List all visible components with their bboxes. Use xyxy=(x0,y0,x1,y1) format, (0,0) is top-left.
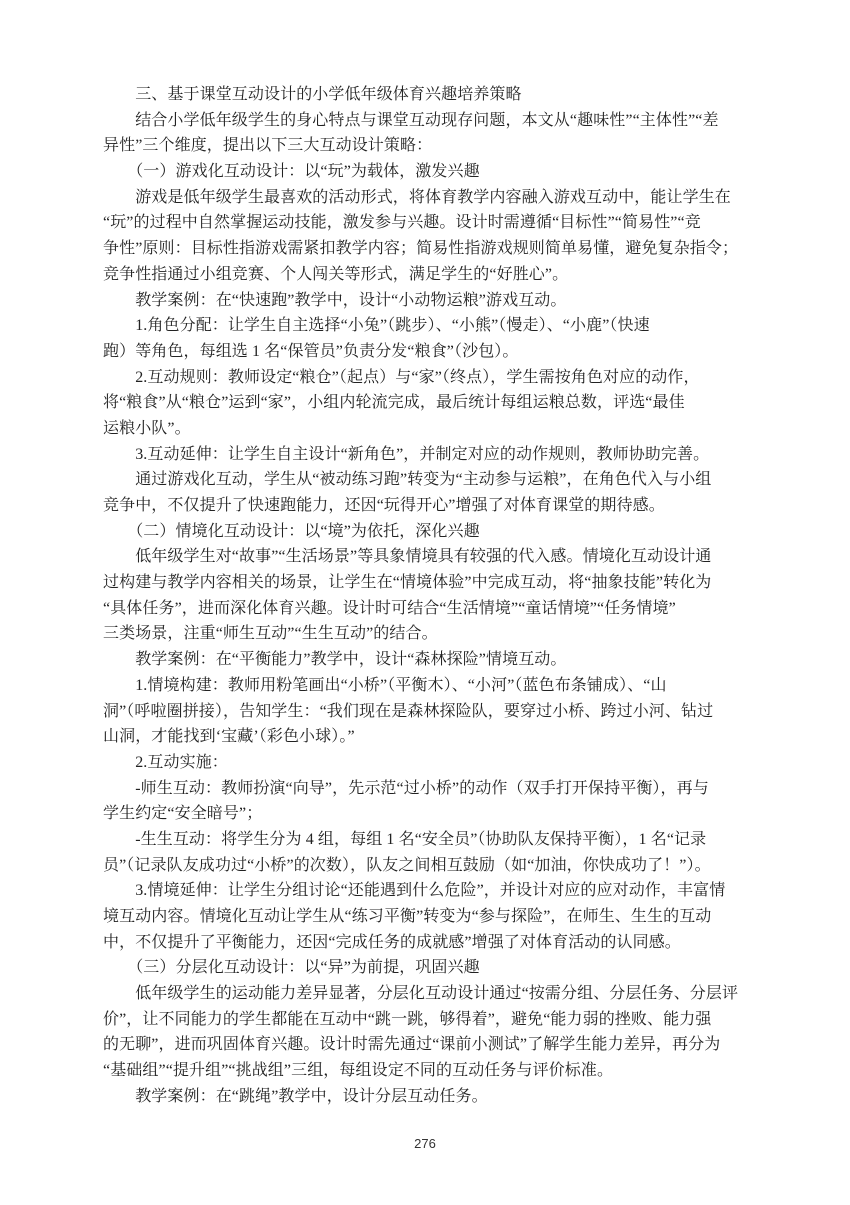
text-line: 异性”三个维度，提出以下三大互动设计策略： xyxy=(103,133,751,159)
text-line: -师生互动：教师扮演“向导”，先示范“过小桥”的动作（双手打开保持平衡），再与 xyxy=(103,776,751,802)
text-line: “玩”的过程中自然掌握运动技能，激发参与兴趣。设计时需遵循“目标性”“简易性”“… xyxy=(103,210,751,236)
text-line: 2.互动实施： xyxy=(103,750,751,776)
text-line: 教学案例：在“平衡能力”教学中，设计“森林探险”情境互动。 xyxy=(103,647,751,673)
text-line: 结合小学低年级学生的身心特点与课堂互动现存问题，本文从“趣味性”“主体性”“差 xyxy=(103,108,751,134)
document-page: 三、基于课堂互动设计的小学低年级体育兴趣培养策略 结合小学低年级学生的身心特点与… xyxy=(0,0,850,1205)
text-line: （二）情境化互动设计：以“境”为依托，深化兴趣 xyxy=(103,519,751,545)
text-line: 低年级学生对“故事”“生活场景”等具象情境具有较强的代入感。情境化互动设计通 xyxy=(103,544,751,570)
text-line: “具体任务”，进而深化体育兴趣。设计时可结合“生活情境”“童话情境”“任务情境” xyxy=(103,596,751,622)
text-line: 将“粮食”从“粮仓”运到“家”，小组内轮流完成，最后统计每组运粮总数，评选“最佳 xyxy=(103,390,751,416)
text-line: 教学案例：在“跳绳”教学中，设计分层互动任务。 xyxy=(103,1084,751,1110)
text-line: 1.角色分配：让学生自主选择“小兔”（跳步）、“小熊”（慢走）、“小鹿”（快速 xyxy=(103,313,751,339)
text-line: 教学案例：在“快速跑”教学中，设计“小动物运粮”游戏互动。 xyxy=(103,288,751,314)
text-line: 员”（记录队友成功过“小桥”的次数），队友之间相互鼓励（如“加油，你快成功了！”… xyxy=(103,853,751,879)
text-line: 竞争性指通过小组竞赛、个人闯关等形式，满足学生的“好胜心”。 xyxy=(103,262,751,288)
text-line: 山洞，才能找到‘宝藏’（彩色小球）。” xyxy=(103,724,751,750)
text-line: 的无聊”，进而巩固体育兴趣。设计时需先通过“课前小测试”了解学生能力差异，再分为 xyxy=(103,1032,751,1058)
text-line: 三类场景，注重“师生互动”“生生互动”的结合。 xyxy=(103,621,751,647)
text-line: 洞”（呼啦圈拼接），告知学生：“我们现在是森林探险队，要穿过小桥、跨过小河、钻过 xyxy=(103,699,751,725)
text-line: 低年级学生的运动能力差异显著，分层化互动设计通过“按需分组、分层任务、分层评 xyxy=(103,981,751,1007)
text-line: 过构建与教学内容相关的场景，让学生在“情境体验”中完成互动，将“抽象技能”转化为 xyxy=(103,570,751,596)
text-line: 境互动内容。情境化互动让学生从“练习平衡”转变为“参与探险”，在师生、生生的互动 xyxy=(103,904,751,930)
text-line: 跑）等角色，每组选 1 名“保管员”负责分发“粮食”（沙包）。 xyxy=(103,339,751,365)
document-body: 三、基于课堂互动设计的小学低年级体育兴趣培养策略 结合小学低年级学生的身心特点与… xyxy=(103,82,751,1110)
text-line: 三、基于课堂互动设计的小学低年级体育兴趣培养策略 xyxy=(103,82,751,108)
text-line: （一）游戏化互动设计：以“玩”为载体，激发兴趣 xyxy=(103,159,751,185)
text-line: 学生约定“安全暗号”； xyxy=(103,801,751,827)
text-line: （三）分层化互动设计：以“异”为前提，巩固兴趣 xyxy=(103,955,751,981)
text-line: 争性”原则：目标性指游戏需紧扣教学内容；简易性指游戏规则简单易懂，避免复杂指令； xyxy=(103,236,751,262)
text-line: 竞争中，不仅提升了快速跑能力，还因“玩得开心”增强了对体育课堂的期待感。 xyxy=(103,493,751,519)
text-line: “基础组”“提升组”“挑战组”三组，每组设定不同的互动任务与评价标准。 xyxy=(103,1058,751,1084)
text-line: 3.情境延伸：让学生分组讨论“还能遇到什么危险”，并设计对应的应对动作，丰富情 xyxy=(103,878,751,904)
text-line: -生生互动：将学生分为 4 组，每组 1 名“安全员”（协助队友保持平衡），1 … xyxy=(103,827,751,853)
text-line: 1.情境构建：教师用粉笔画出“小桥”（平衡木）、“小河”（蓝色布条铺成）、“山 xyxy=(103,673,751,699)
text-line: 中，不仅提升了平衡能力，还因“完成任务的成就感”增强了对体育活动的认同感。 xyxy=(103,930,751,956)
text-line: 价”，让不同能力的学生都能在互动中“跳一跳，够得着”，避免“能力弱的挫败、能力强 xyxy=(103,1007,751,1033)
page-number: 276 xyxy=(0,1136,850,1151)
text-line: 运粮小队”。 xyxy=(103,416,751,442)
text-line: 3.互动延伸：让学生自主设计“新角色”，并制定对应的动作规则，教师协助完善。 xyxy=(103,442,751,468)
text-line: 通过游戏化互动，学生从“被动练习跑”转变为“主动参与运粮”，在角色代入与小组 xyxy=(103,467,751,493)
text-line: 游戏是低年级学生最喜欢的活动形式，将体育教学内容融入游戏互动中，能让学生在 xyxy=(103,185,751,211)
text-line: 2.互动规则：教师设定“粮仓”（起点）与“家”（终点），学生需按角色对应的动作， xyxy=(103,365,751,391)
